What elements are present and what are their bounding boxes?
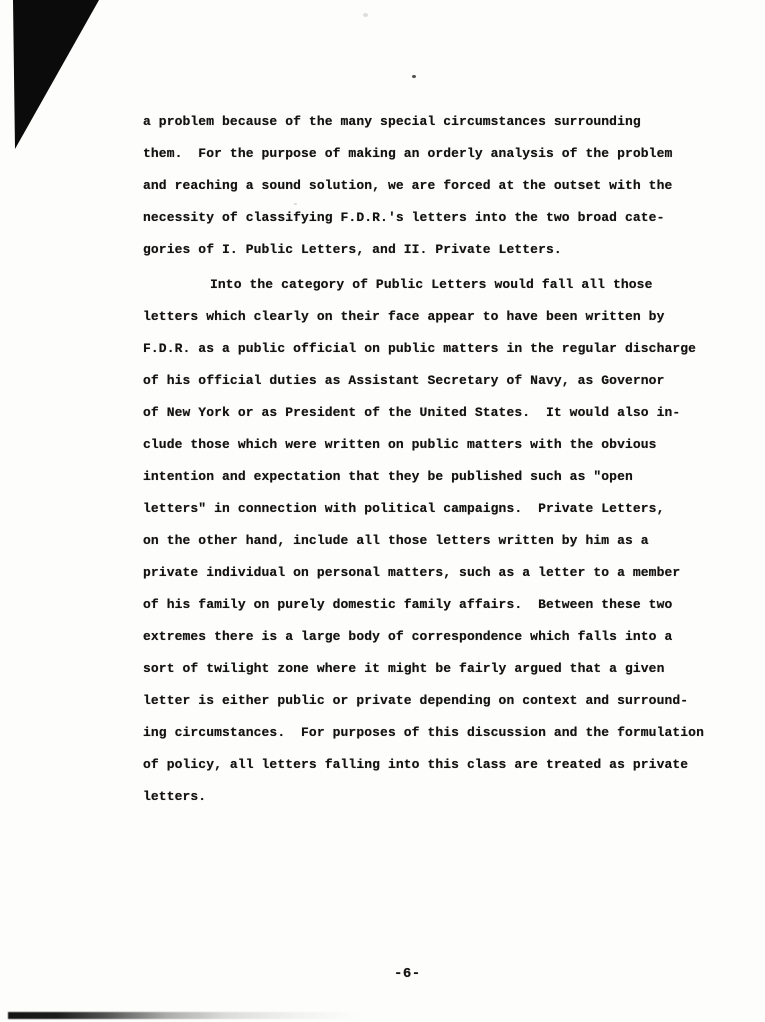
text-line: of New York or as President of the Unite… [143,397,723,429]
text-line: intention and expectation that they be p… [143,461,723,493]
text-line: letters which clearly on their face appe… [143,301,723,333]
text-line: necessity of classifying F.D.R.'s letter… [143,202,723,234]
text-line: and reaching a sound solution, we are fo… [143,170,723,202]
scan-corner-artifact [0,0,110,155]
scan-speck-artifact [412,75,416,78]
scanned-document-page: a problem because of the many special ci… [0,0,765,1022]
scan-speck-artifact [294,203,297,205]
scan-speck-artifact [363,13,368,17]
paragraph-public-private-letters: Into the category of Public Letters woul… [143,269,723,813]
text-line: a problem because of the many special ci… [143,106,723,138]
text-line: extremes there is a large body of corres… [143,621,723,653]
text-line: of his family on purely domestic family … [143,589,723,621]
paragraph-classification-intro: a problem because of the many special ci… [143,106,723,266]
text-line: letters" in connection with political ca… [143,493,723,525]
text-line: ing circumstances. For purposes of this … [143,717,723,749]
text-line: private individual on personal matters, … [143,557,723,589]
text-line: letters. [143,781,723,813]
text-line: Into the category of Public Letters woul… [143,269,723,301]
text-line: F.D.R. as a public official on public ma… [143,333,723,365]
text-line: sort of twilight zone where it might be … [143,653,723,685]
typewritten-text-block: a problem because of the many special ci… [143,106,723,813]
text-line: gories of I. Public Letters, and II. Pri… [143,234,723,266]
text-line: them. For the purpose of making an order… [143,138,723,170]
text-line: clude those which were written on public… [143,429,723,461]
text-line: on the other hand, include all those let… [143,525,723,557]
text-line: of policy, all letters falling into this… [143,749,723,781]
text-line: of his official duties as Assistant Secr… [143,365,723,397]
text-line: letter is either public or private depen… [143,685,723,717]
scan-smudge-artifact [8,1012,358,1019]
page-number: -6- [394,966,421,982]
